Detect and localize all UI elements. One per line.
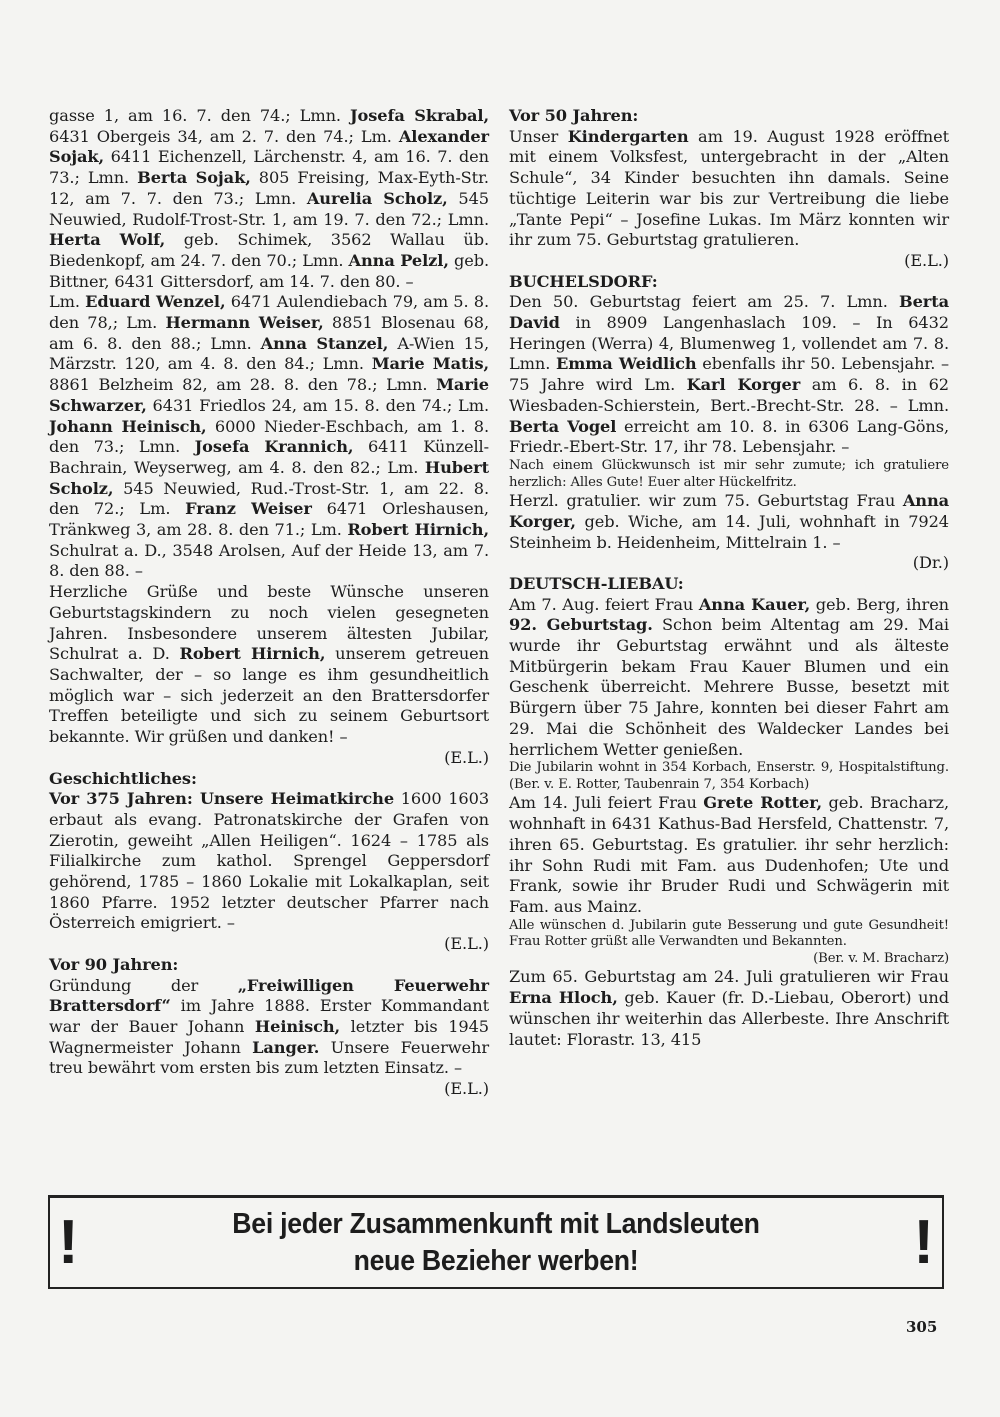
signature: (E.L.): [49, 748, 489, 769]
age-label: 92. Geburtstag.: [509, 615, 653, 634]
section-heading-history: Geschichtliches:: [49, 769, 489, 790]
kindergarten-name: Kindergarten: [568, 127, 689, 146]
person-name: Karl Korger: [687, 375, 800, 394]
subheading: Vor 375 Jahren: Unsere Heimatkirche: [49, 789, 394, 808]
page-number: 305: [906, 1318, 937, 1336]
fire-brigade-paragraph: Gründung der „Freiwilligen Feuerwehr Bra…: [49, 976, 489, 1080]
history-paragraph: Vor 375 Jahren: Unsere Heimatkirche 1600…: [49, 789, 489, 934]
birthday-list-july: gasse 1, am 16. 7. den 74.; Lmn. Josefa …: [49, 106, 489, 292]
korger-paragraph: Herzl. gratulier. wir zum 75. Geburtstag…: [509, 491, 949, 553]
person-name: Hermann Weiser,: [165, 313, 323, 332]
small-note: Die Jubilarin wohnt in 354 Korbach, Ense…: [509, 760, 949, 793]
person-name: Grete Rotter,: [703, 793, 822, 812]
person-name: Franz Weiser: [185, 499, 312, 518]
person-name: Anna Pelzl,: [349, 251, 449, 270]
right-column: Vor 50 Jahren: Unser Kindergarten am 19.…: [509, 106, 949, 1050]
person-name: Eduard Wenzel,: [85, 292, 225, 311]
signature: (E.L.): [49, 1079, 489, 1100]
signature: (E.L.): [509, 251, 949, 272]
person-name: Aurelia Scholz,: [307, 189, 448, 208]
person-name: Anna Stanzel,: [261, 334, 389, 353]
kauer-paragraph: Am 7. Aug. feiert Frau Anna Kauer, geb. …: [509, 595, 949, 761]
person-name: Heinisch,: [255, 1017, 340, 1036]
section-heading-50-years: Vor 50 Jahren:: [509, 106, 949, 127]
person-name: Langer.: [252, 1038, 319, 1057]
person-name: Robert Hirnich,: [347, 520, 489, 539]
section-heading-deutsch-liebau: DEUTSCH-LIEBAU:: [509, 574, 949, 595]
subscriber-banner: ! Bei jeder Zusammenkunft mit Landsleute…: [48, 1195, 944, 1289]
signature: (Ber. v. M. Bracharz): [813, 951, 949, 968]
small-note: Nach einem Glückwunsch ist mir sehr zumu…: [509, 458, 949, 491]
person-name: Herta Wolf,: [49, 230, 165, 249]
buchelsdorf-paragraph: Den 50. Geburtstag feiert am 25. 7. Lmn.…: [509, 292, 949, 458]
banner-line-1: Bei jeder Zusammenkunft mit Landsleuten: [86, 1206, 907, 1243]
person-name: Johann Heinisch,: [49, 417, 207, 436]
person-name: Marie Matis,: [372, 354, 489, 373]
section-heading-90-years: Vor 90 Jahren:: [49, 955, 489, 976]
person-name: Josefa Krannich,: [195, 437, 354, 456]
exclamation-icon: !: [58, 1208, 79, 1278]
small-note: Alle wünschen d. Jubilarin gute Besserun…: [509, 918, 949, 951]
birthday-list-august: Lm. Eduard Wenzel, 6471 Aulendiebach 79,…: [49, 292, 489, 582]
person-name: Robert Hirnich,: [180, 644, 326, 663]
signature: (Dr.): [509, 553, 949, 574]
rotter-paragraph: Am 14. Juli feiert Frau Grete Rotter, ge…: [509, 793, 949, 917]
hloch-paragraph: Zum 65. Geburtstag am 24. Juli gratulier…: [509, 967, 949, 1050]
person-name: Berta Vogel: [509, 417, 616, 436]
kindergarten-paragraph: Unser Kindergarten am 19. August 1928 er…: [509, 127, 949, 251]
greeting-paragraph: Herzliche Grüße und beste Wünsche unsere…: [49, 582, 489, 748]
person-name: Erna Hloch,: [509, 988, 618, 1007]
banner-line-2: neue Bezieher werben!: [86, 1243, 907, 1280]
signature: (E.L.): [49, 934, 489, 955]
person-name: Emma Weidlich: [556, 354, 697, 373]
person-name: Anna Kauer,: [699, 595, 810, 614]
person-name: Josefa Skrabal,: [350, 106, 489, 125]
person-name: Berta Sojak,: [137, 168, 251, 187]
left-column: gasse 1, am 16. 7. den 74.; Lmn. Josefa …: [49, 106, 489, 1100]
exclamation-icon: !: [913, 1208, 934, 1278]
section-heading-buchelsdorf: BUCHELSDORF:: [509, 272, 949, 293]
